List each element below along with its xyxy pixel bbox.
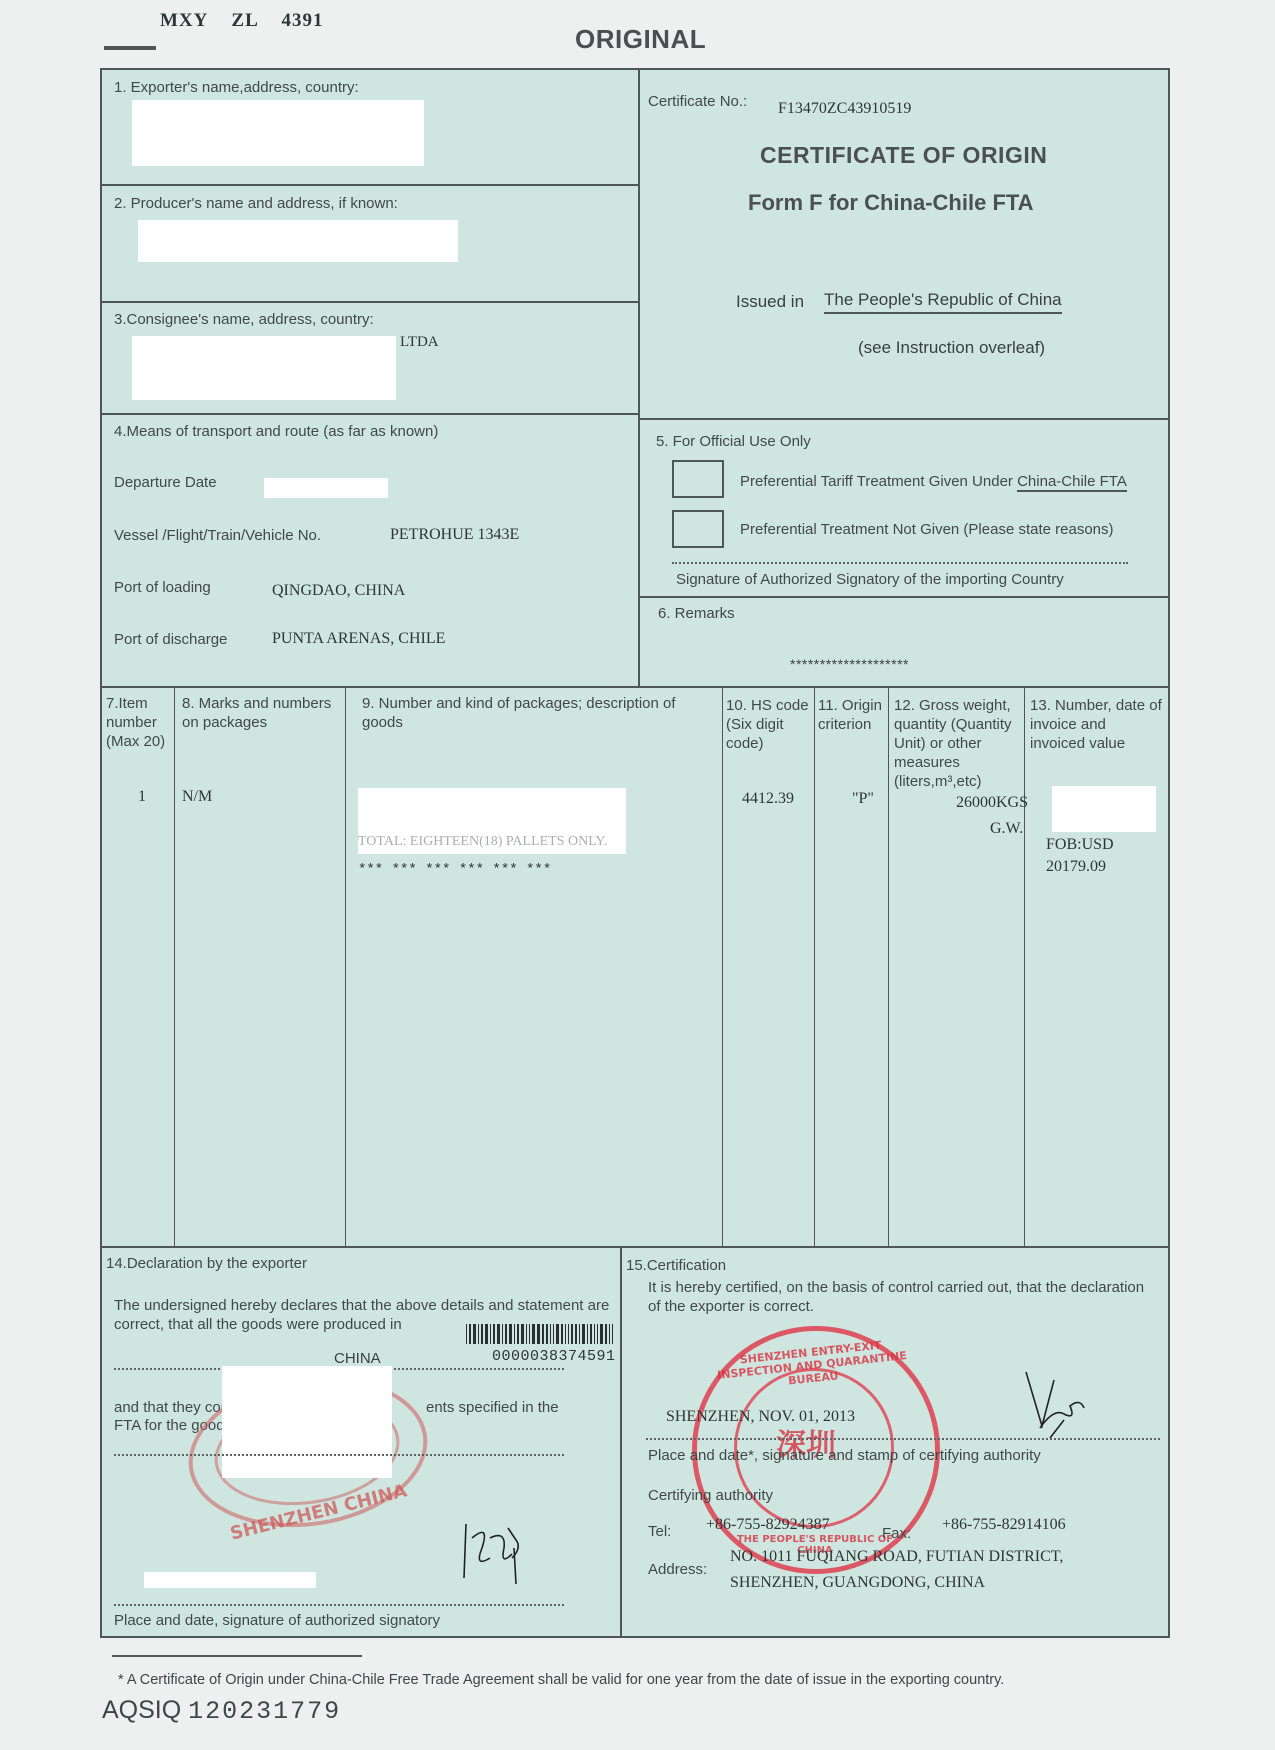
box15-label: 15.Certification: [626, 1256, 726, 1275]
certification-place-date: SHENZHEN, NOV. 01, 2013: [666, 1408, 855, 1426]
box3-label: 3.Consignee's name, address, country:: [114, 310, 374, 329]
fax-value: +86-755-82914106: [942, 1516, 1066, 1534]
checkbox-preferential-not-given[interactable]: [672, 510, 724, 548]
serial-number: MXY ZL 4391: [160, 10, 323, 32]
address-line-2: SHENZHEN, GUANGDONG, CHINA: [730, 1574, 985, 1592]
departure-date-label: Departure Date: [114, 473, 217, 492]
certificate-no-label: Certificate No.:: [648, 92, 747, 111]
consignee-fragment: LTDA: [400, 334, 439, 351]
certification-dotted-line: [646, 1438, 1160, 1440]
exporter-name-redacted: [222, 1366, 392, 1478]
header-gross-weight: 12. Gross weight, quantity (Quantity Uni…: [894, 696, 1022, 791]
border-left: [100, 68, 102, 1638]
divider-box6: [638, 596, 1170, 598]
departure-date-redacted: [264, 478, 388, 498]
tel-value: +86-755-82924387: [706, 1516, 830, 1534]
box5-label: 5. For Official Use Only: [656, 432, 811, 451]
port-loading-value: QINGDAO, CHINA: [272, 582, 405, 600]
issued-in-label: Issued in: [736, 292, 804, 312]
border-top: [100, 68, 1170, 70]
fax-label: Fax:: [882, 1524, 911, 1543]
goods-dotted-line: [114, 1454, 564, 1456]
option-given-label: Preferential Tariff Treatment Given Unde…: [740, 472, 1127, 491]
box2-label: 2. Producer's name and address, if known…: [114, 194, 398, 213]
border-right: [1168, 68, 1170, 1638]
item-number: 1: [138, 788, 146, 806]
aqsiq-number: 120231779: [188, 1697, 341, 1726]
option-given-text: Preferential Tariff Treatment Given Unde…: [740, 473, 1013, 490]
tel-label: Tel:: [648, 1522, 671, 1541]
exporter-place-date-redacted: [144, 1572, 316, 1588]
header-description: 9. Number and kind of packages; descript…: [362, 694, 702, 732]
address-label: Address:: [648, 1560, 707, 1579]
barcode: [466, 1324, 613, 1344]
col-line: [888, 686, 889, 1246]
producer-redacted: [138, 220, 458, 262]
aqsiq-code: AQSIQ 120231779: [102, 1696, 341, 1726]
exporter-place-date-label: Place and date, signature of authorized …: [114, 1611, 440, 1630]
port-discharge-value: PUNTA ARENAS, CHILE: [272, 630, 445, 648]
divider-box5: [638, 418, 1170, 420]
header-hs-code: 10. HS code (Six digit code): [726, 696, 812, 753]
divider-box2: [100, 301, 638, 303]
certificate-title: CERTIFICATE OF ORIGIN: [760, 142, 1047, 169]
option-not-given-label: Preferential Treatment Not Given (Please…: [740, 520, 1114, 539]
divider-box1: [100, 184, 638, 186]
signature-dotted-line: [672, 562, 1128, 564]
header-invoice: 13. Number, date of invoice and invoiced…: [1030, 696, 1162, 753]
header-origin-criterion: 11. Origin criterion: [818, 696, 888, 734]
address-line-1: NO. 1011 FUQIANG ROAD, FUTIAN DISTRICT,: [730, 1548, 1063, 1566]
invoice-redacted: [1052, 786, 1156, 832]
footnote: * A Certificate of Origin under China-Ch…: [118, 1672, 1004, 1688]
checkbox-preferential-given[interactable]: [672, 460, 724, 498]
consignee-redacted: [132, 336, 396, 400]
certification-place-date-label: Place and date*, signature and stamp of …: [648, 1446, 1041, 1465]
description-stars: *** *** *** *** *** ***: [358, 862, 551, 878]
exporter-signature-dotted-line: [114, 1604, 564, 1606]
marks-value: N/M: [182, 788, 212, 806]
col-line: [345, 686, 346, 1246]
box6-label: 6. Remarks: [658, 604, 735, 623]
port-loading-label: Port of loading: [114, 578, 211, 597]
certifier-signature: [1020, 1368, 1080, 1438]
exporter-signature: [460, 1518, 520, 1578]
vessel-value: PETROHUE 1343E: [390, 526, 519, 544]
importing-signature-label: Signature of Authorized Signatory of the…: [676, 570, 1064, 589]
country-value: CHINA: [334, 1350, 381, 1367]
header-item-number: 7.Item number (Max 20): [106, 694, 172, 751]
copy-type-label: ORIGINAL: [575, 24, 706, 55]
aqsiq-label: AQSIQ: [102, 1696, 181, 1724]
serial-underline: [104, 46, 156, 50]
origin-criterion-value: "P": [852, 790, 874, 808]
col-line: [174, 686, 175, 1246]
certificate-subtitle: Form F for China-Chile FTA: [748, 190, 1034, 216]
vessel-label: Vessel /Flight/Train/Vehicle No.: [114, 526, 321, 545]
divider-box14-15: [620, 1246, 622, 1638]
certification-statement: It is hereby certified, on the basis of …: [648, 1278, 1158, 1316]
instruction-note: (see Instruction overleaf): [858, 338, 1045, 358]
col-line: [722, 686, 723, 1246]
header-marks: 8. Marks and numbers on packages: [182, 694, 342, 732]
box1-label: 1. Exporter's name,address, country:: [114, 78, 359, 97]
hs-code-value: 4412.39: [742, 790, 794, 808]
gross-weight-unit: G.W.: [990, 820, 1023, 838]
box4-label: 4.Means of transport and route (as far a…: [114, 422, 438, 441]
exporter-redacted: [132, 100, 424, 166]
box14-label: 14.Declaration by the exporter: [106, 1254, 307, 1273]
col-line: [814, 686, 815, 1246]
footnote-rule: [112, 1655, 362, 1657]
divider-top-vertical: [638, 68, 640, 686]
description-total: TOTAL: EIGHTEEN(18) PALLETS ONLY.: [358, 834, 607, 850]
invoice-terms: FOB:USD: [1046, 836, 1114, 854]
certificate-form: 1. Exporter's name,address, country: 2. …: [100, 68, 1170, 1638]
certificate-no-value: F13470ZC43910519: [778, 100, 911, 118]
port-discharge-label: Port of discharge: [114, 630, 227, 649]
border-bottom: [100, 1636, 1170, 1638]
gross-weight-value: 26000KGS: [956, 794, 1028, 812]
declaration-statement-2b: ents specified in the: [426, 1398, 559, 1417]
divider-box3: [100, 413, 638, 415]
divider-table-bottom: [100, 1246, 1170, 1248]
barcode-number: 0000038374591: [492, 1348, 616, 1365]
divider-table-top: [100, 686, 1170, 688]
certifying-authority-label: Certifying authority: [648, 1486, 773, 1505]
invoice-value: 20179.09: [1046, 858, 1106, 876]
issued-in-value: The People's Republic of China: [824, 290, 1062, 314]
option-given-fta: China-Chile FTA: [1017, 473, 1127, 492]
col-line: [1024, 686, 1025, 1246]
remarks-value: ********************: [790, 656, 909, 672]
